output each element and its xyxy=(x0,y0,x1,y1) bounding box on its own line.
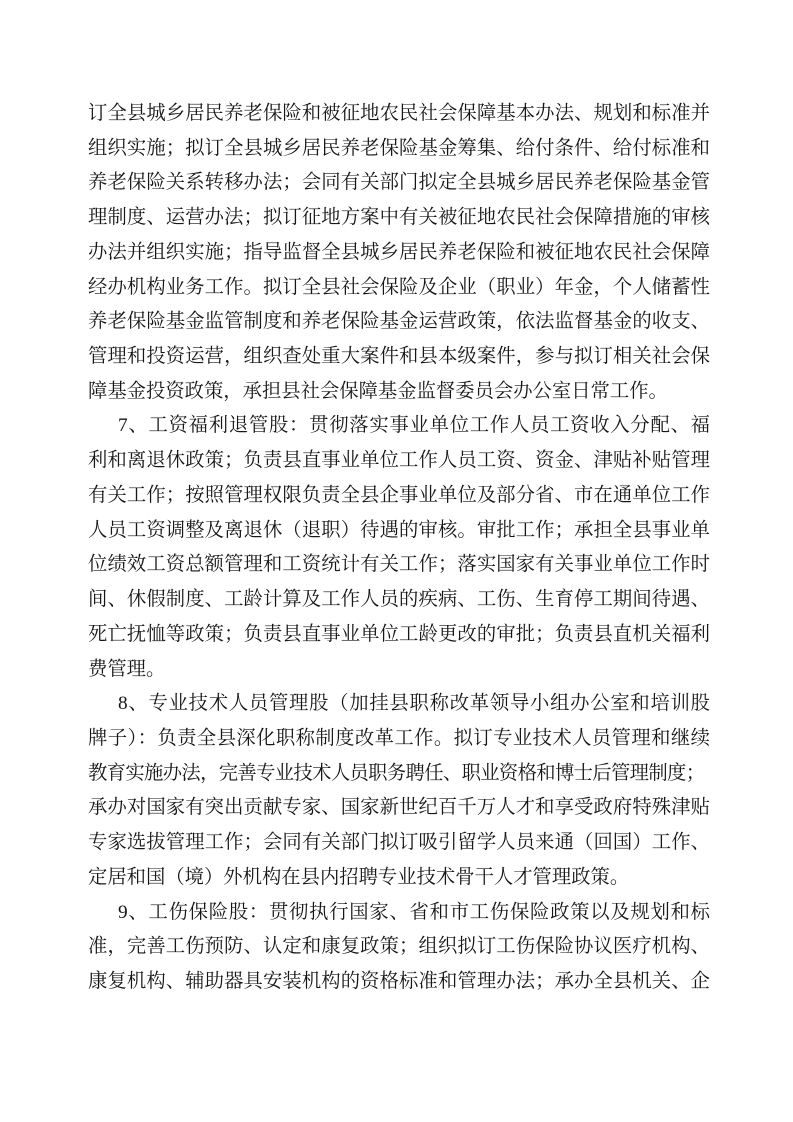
document-text-block: 订全县城乡居民养老保险和被征地农民社会保障基本办法、规划和标准并 组织实施；拟订… xyxy=(88,97,710,1000)
paragraph-9-work-injury-insurance: 9、工伤保险股：贯彻执行国家、省和市工伤保险政策以及规划和标 准，完善工伤预防、… xyxy=(88,896,710,1000)
document-page: 订全县城乡居民养老保险和被征地农民社会保障基本办法、规划和标准并 组织实施；拟订… xyxy=(0,0,793,1122)
text-line: 8、专业技术人员管理股（加挂县职称改革领导小组办公室和培训股 xyxy=(88,687,710,722)
text-line: 教育实施办法，完善专业技术人员职务聘任、职业资格和博士后管理制度； xyxy=(88,757,710,792)
text-line: 养老保险基金监管制度和养老保险基金运营政策，依法监督基金的收支、 xyxy=(88,305,710,340)
text-line: 利和离退休政策；负责县直事业单位工作人员工资、资金、津贴补贴管理 xyxy=(88,444,710,479)
text-line: 位绩效工资总额管理和工资统计有关工作；落实国家有关事业单位工作时 xyxy=(88,548,710,583)
text-line: 理制度、运营办法；拟订征地方案中有关被征地农民社会保障措施的审核 xyxy=(88,201,710,236)
text-line: 承办对国家有突出贡献专家、国家新世纪百千万人才和享受政府特殊津贴 xyxy=(88,791,710,826)
text-line: 康复机构、辅助器具安装机构的资格标准和管理办法；承办全县机关、企 xyxy=(88,965,710,1000)
text-line: 间、休假制度、工龄计算及工作人员的疾病、工伤、生育停工期间待遇、 xyxy=(88,583,710,618)
text-line: 养老保险关系转移办法；会同有关部门拟定全县城乡居民养老保险基金管 xyxy=(88,166,710,201)
text-line: 人员工资调整及离退休（退职）待遇的审核。审批工作；承担全县事业单 xyxy=(88,514,710,549)
text-line: 7、工资福利退管股：贯彻落实事业单位工作人员工资收入分配、福 xyxy=(88,409,710,444)
text-line: 定居和国（境）外机构在县内招聘专业技术骨干人才管理政策。 xyxy=(88,861,710,896)
text-line: 死亡抚恤等政策；负责县直事业单位工龄更改的审批；负责县直机关福利 xyxy=(88,618,710,653)
text-line: 有关工作；按照管理权限负责全县企事业单位及部分省、市在通单位工作 xyxy=(88,479,710,514)
text-line: 管理和投资运营，组织查处重大案件和县本级案件，参与拟订相关社会保 xyxy=(88,340,710,375)
paragraph-7-wage-welfare-retirement: 7、工资福利退管股：贯彻落实事业单位工作人员工资收入分配、福 利和离退休政策；负… xyxy=(88,409,710,687)
text-line: 牌子）：负责全县深化职称制度改革工作。拟订专业技术人员管理和继续 xyxy=(88,722,710,757)
paragraph-pension-insurance-continued: 订全县城乡居民养老保险和被征地农民社会保障基本办法、规划和标准并 组织实施；拟订… xyxy=(88,97,710,409)
text-line: 9、工伤保险股：贯彻执行国家、省和市工伤保险政策以及规划和标 xyxy=(88,896,710,931)
paragraph-8-professional-technical: 8、专业技术人员管理股（加挂县职称改革领导小组办公室和培训股 牌子）：负责全县深… xyxy=(88,687,710,895)
text-line: 订全县城乡居民养老保险和被征地农民社会保障基本办法、规划和标准并 xyxy=(88,97,710,132)
text-line: 组织实施；拟订全县城乡居民养老保险基金筹集、给付条件、给付标准和 xyxy=(88,132,710,167)
text-line: 障基金投资政策，承担县社会保障基金监督委员会办公室日常工作。 xyxy=(88,375,710,410)
text-line: 费管理。 xyxy=(88,653,710,688)
text-line: 经办机构业务工作。拟订全县社会保险及企业（职业）年金，个人储蓄性 xyxy=(88,271,710,306)
text-line: 办法并组织实施；指导监督全县城乡居民养老保险和被征地农民社会保障 xyxy=(88,236,710,271)
text-line: 准，完善工伤预防、认定和康复政策；组织拟订工伤保险协议医疗机构、 xyxy=(88,930,710,965)
text-line: 专家选拔管理工作；会同有关部门拟订吸引留学人员来通（回国）工作、 xyxy=(88,826,710,861)
